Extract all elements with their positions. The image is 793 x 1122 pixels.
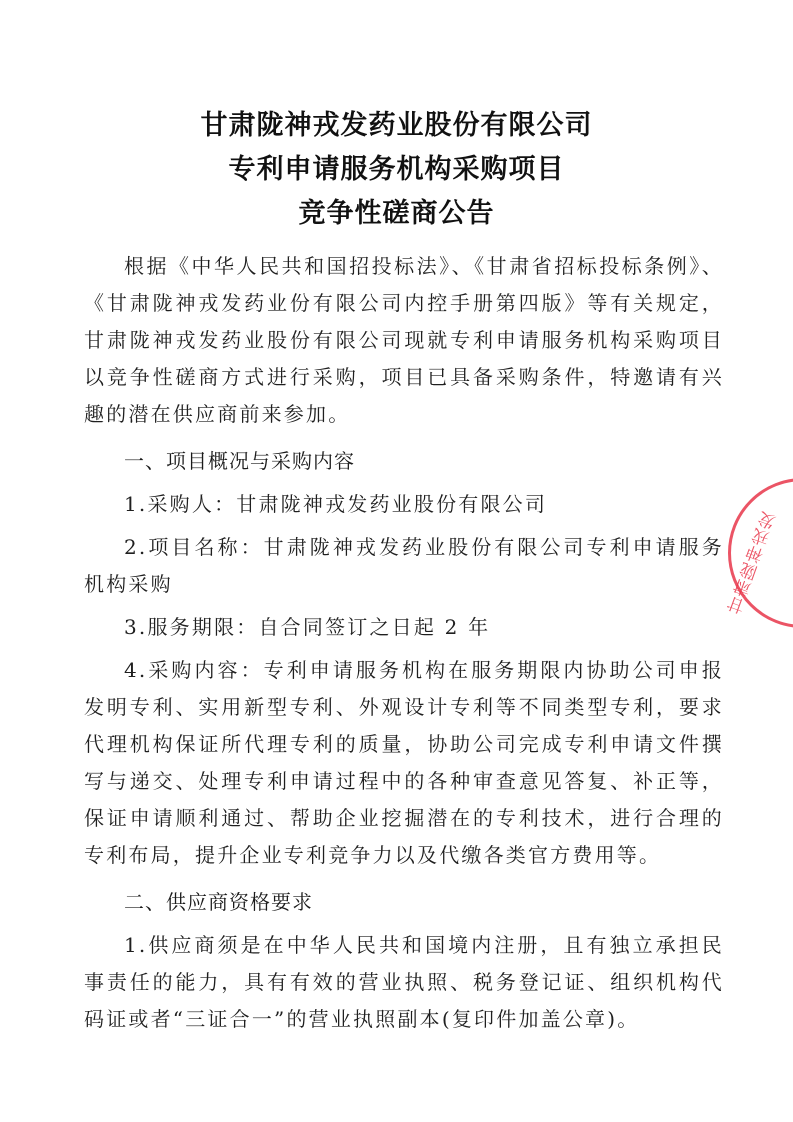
title-line-project: 专利申请服务机构采购项目 xyxy=(0,148,793,192)
section-1-item-service-period: 3.服务期限：自合同签订之日起 2 年 xyxy=(84,609,724,646)
document-page: 甘肃陇神戎发药业股份有限公司 专利申请服务机构采购项目 竞争性磋商公告 根据《中… xyxy=(0,0,793,1122)
section-1-item-purchaser: 1.采购人：甘肃陇神戎发药业股份有限公司 xyxy=(84,486,724,523)
section-1-heading: 一、项目概况与采购内容 xyxy=(84,443,724,480)
title-line-company: 甘肃陇神戎发药业股份有限公司 xyxy=(0,104,793,148)
intro-paragraph: 根据《中华人民共和国招投标法》、《甘肃省招标投标条例》、《甘肃陇神戎发药业份有限… xyxy=(84,248,724,433)
document-body: 根据《中华人民共和国招投标法》、《甘肃省招标投标条例》、《甘肃陇神戎发药业份有限… xyxy=(84,248,724,1038)
section-1-item-project-name: 2.项目名称：甘肃陇神戎发药业股份有限公司专利申请服务机构采购 xyxy=(84,529,724,603)
section-2-heading: 二、供应商资格要求 xyxy=(84,884,724,921)
section-1-item-procurement-content: 4.采购内容：专利申请服务机构在服务期限内协助公司申报发明专利、实用新型专利、外… xyxy=(84,652,724,874)
document-title: 甘肃陇神戎发药业股份有限公司 专利申请服务机构采购项目 竞争性磋商公告 xyxy=(0,104,793,236)
title-line-notice: 竞争性磋商公告 xyxy=(0,192,793,236)
section-2-item-registration: 1.供应商须是在中华人民共和国境内注册，且有独立承担民事责任的能力，具有有效的营… xyxy=(84,927,724,1038)
